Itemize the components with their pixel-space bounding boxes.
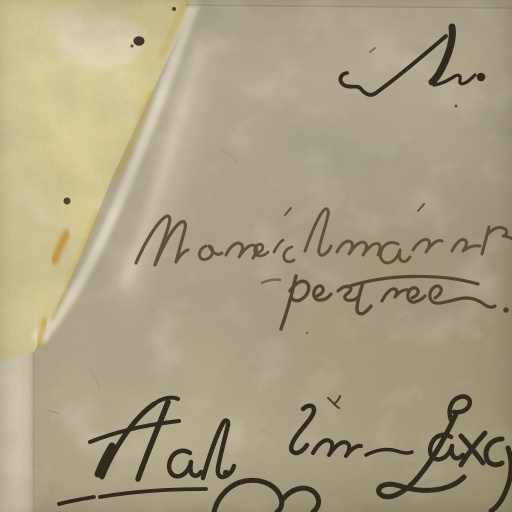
label-artwork	[0, 0, 512, 512]
specimen-label-photo: Nr. Monochma pestre. Hab. In Saxo	[0, 0, 512, 512]
grain-overlay	[0, 0, 512, 512]
